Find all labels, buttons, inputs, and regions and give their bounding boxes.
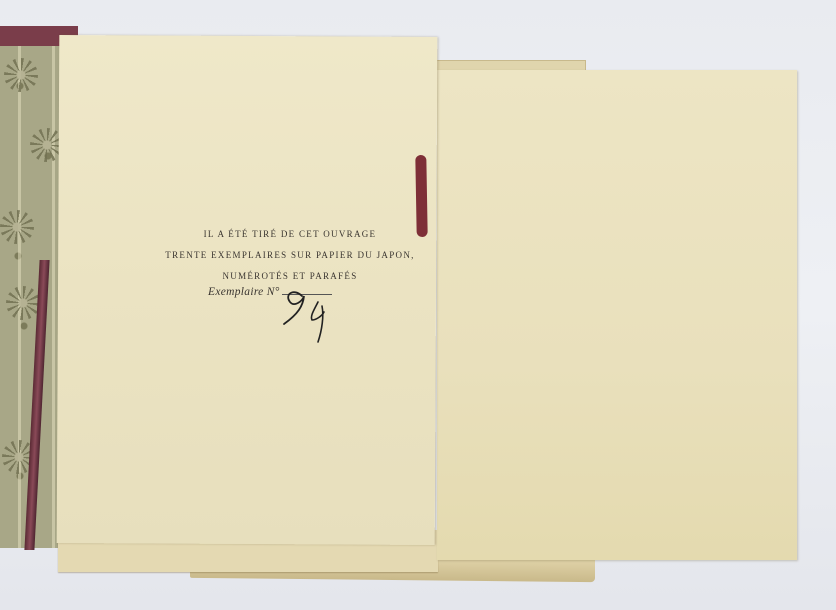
exemplaire-label: Exemplaire N° xyxy=(208,286,280,298)
handwritten-number-94 xyxy=(278,276,338,346)
flower-pattern-icon xyxy=(4,58,38,92)
colophon-line: TRENTE EXEMPLAIRES SUR PAPIER DU JAPON, xyxy=(140,245,440,266)
flower-pattern-icon xyxy=(6,286,40,320)
right-page xyxy=(437,70,797,560)
colophon-line: IL A ÉTÉ TIRÉ DE CET OUVRAGE xyxy=(140,224,440,245)
flower-pattern-icon xyxy=(0,210,34,244)
